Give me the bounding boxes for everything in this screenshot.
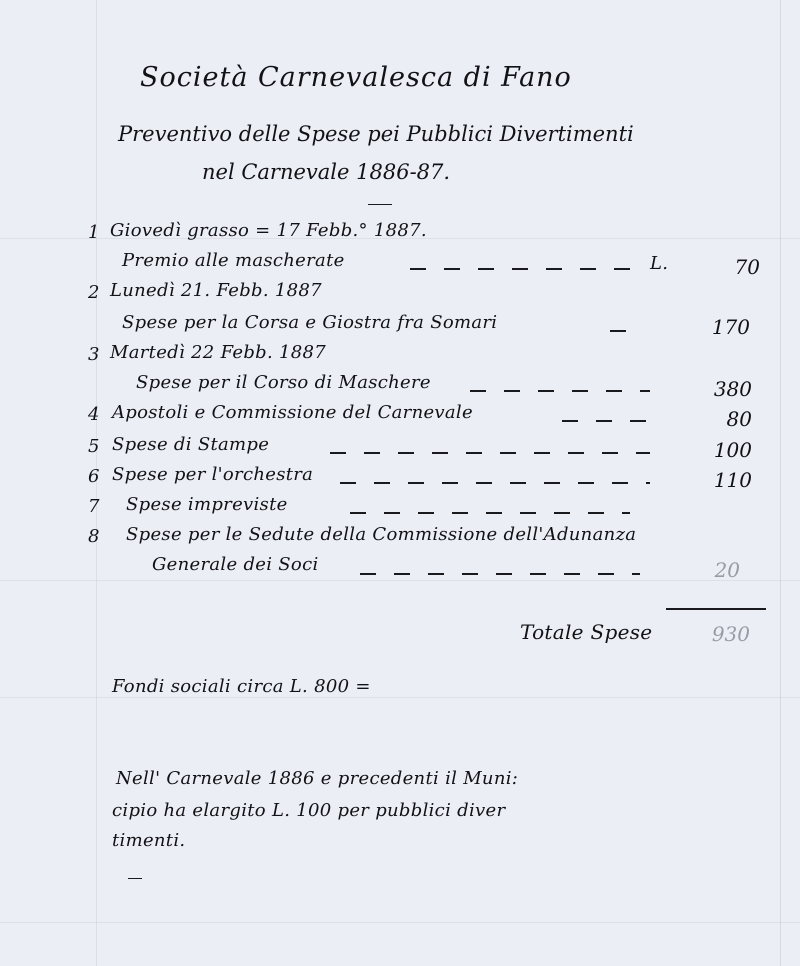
item-amount: 20 (660, 558, 740, 582)
note-line: cipio ha elargito L. 100 per pubblici di… (112, 800, 505, 821)
leader-dashes (470, 390, 650, 392)
item-amount: 110 (672, 468, 752, 492)
item-number: 8 (88, 526, 99, 547)
currency-marker: L. (650, 253, 668, 274)
leader-dashes (330, 452, 650, 454)
item-amount: 100 (672, 438, 752, 462)
leader-dashes (410, 268, 640, 270)
item-amount: 170 (670, 315, 750, 339)
leader-dashes (562, 420, 652, 422)
item-amount: 80 (672, 407, 752, 431)
item-number: 7 (88, 496, 99, 517)
total-amount: 930 (670, 622, 750, 646)
item-description: Spese per l'orchestra (112, 464, 313, 485)
item-date-line: Lunedì 21. Febb. 1887 (110, 280, 322, 301)
closing-mark (128, 878, 142, 879)
note-line: timenti. (112, 830, 185, 851)
item-number: 3 (88, 344, 99, 365)
heading-separator (368, 204, 392, 205)
total-label: Totale Spese (520, 620, 652, 644)
item-date-line: Martedì 22 Febb. 1887 (110, 342, 326, 363)
leader-dashes (610, 330, 640, 332)
item-number: 5 (88, 436, 99, 457)
item-amount: 70 (680, 255, 760, 279)
total-rule (666, 608, 766, 610)
item-description: Spese per la Corsa e Giostra fra Somari (122, 312, 497, 333)
ledger-rule (0, 697, 800, 698)
item-number: 6 (88, 466, 99, 487)
leader-dashes (350, 512, 630, 514)
item-description: Spese di Stampe (112, 434, 269, 455)
item-description-continued: Generale dei Soci (152, 554, 319, 575)
item-description: Spese per le Sedute della Commissione de… (126, 524, 636, 545)
document-heading: Società Carnevalesca di Fano (140, 62, 572, 93)
item-number: 2 (88, 282, 99, 303)
item-number: 4 (88, 404, 99, 425)
ledger-rule (0, 922, 800, 923)
item-description: Premio alle mascherate (122, 250, 345, 271)
manuscript-page: Società Carnevalesca di Fano Preventivo … (0, 0, 800, 966)
item-description: Spese per il Corso di Maschere (136, 372, 431, 393)
document-subtitle-line1: Preventivo delle Spese pei Pubblici Dive… (118, 122, 634, 146)
document-subtitle-line2: nel Carnevale 1886-87. (202, 160, 450, 184)
item-description: Apostoli e Commissione del Carnevale (112, 402, 473, 423)
note-line: Nell' Carnevale 1886 e precedenti il Mun… (116, 768, 518, 789)
leader-dashes (360, 573, 640, 575)
item-description: Spese impreviste (126, 494, 288, 515)
item-number: 1 (88, 222, 99, 243)
funds-line: Fondi sociali circa L. 800 = (112, 676, 371, 697)
item-date-line: Giovedì grasso = 17 Febb.° 1887. (110, 220, 427, 241)
item-amount: 380 (672, 377, 752, 401)
leader-dashes (340, 482, 650, 484)
